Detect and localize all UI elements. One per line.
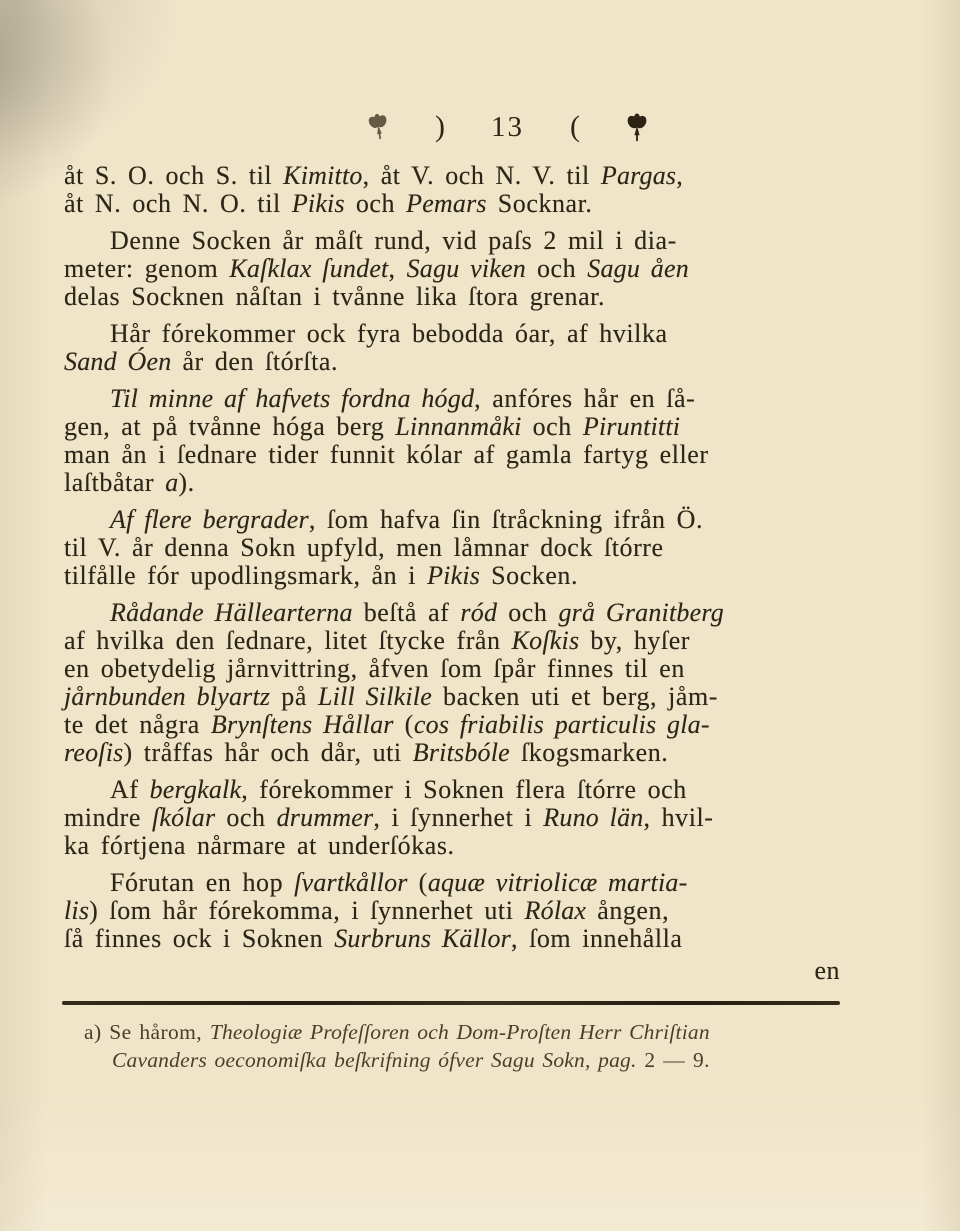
paragraph: Rådande Hällearterna beſtå af ród och gr… — [64, 599, 922, 767]
text-line: ſå finnes ock i Soknen Surbruns Källor, … — [64, 925, 922, 953]
page-number: 13 — [491, 111, 524, 144]
footnote: a) Se hårom, Theologiæ Profeſſoren och D… — [84, 1019, 894, 1074]
text-line: jårnbunden blyartz på Lill Silkile backe… — [64, 683, 922, 711]
text-line: Fórutan en hop ſvartkållor (aquæ vitriol… — [64, 869, 922, 897]
paragraph: Af flere bergrader, ſom hafva ſin ſtråck… — [64, 506, 922, 590]
paragraph: åt S. O. och S. til Kimitto, åt V. och N… — [64, 162, 922, 218]
text-line: åt N. och N. O. til Pikis och Pemars Soc… — [64, 190, 922, 218]
page-header: ) 13 ( — [98, 110, 918, 144]
fleuron-left-icon — [366, 112, 391, 143]
text-line: Hår fórekommer ock fyra bebodda óar, af … — [64, 320, 922, 348]
text-line: en obetydelig jårnvittring, åfven ſom ſp… — [64, 655, 922, 683]
text-line: Sand Óen år den ſtórſta. — [64, 348, 922, 376]
text-line: af hvilka den ſednare, litet ſtycke från… — [64, 627, 922, 655]
text-line: te det några Brynſtens Hållar (cos friab… — [64, 711, 922, 739]
paragraph: Hår fórekommer ock fyra bebodda óar, af … — [64, 320, 922, 376]
text-line: Rådande Hällearterna beſtå af ród och gr… — [64, 599, 922, 627]
fleuron-right-icon — [626, 113, 648, 142]
text-line: lis) ſom hår fórekomma, i ſynnerhet uti … — [64, 897, 922, 925]
text-line: Af flere bergrader, ſom hafva ſin ſtråck… — [64, 506, 922, 534]
text-line: laſtbåtar a). — [64, 469, 922, 497]
text-line: gen, at på tvånne hóga berg Linnanmåki o… — [64, 413, 922, 441]
paper-speckles — [0, 0, 2, 2]
text-line: man ån i ſednare tider funnit kólar af g… — [64, 441, 922, 469]
text-line: tilfålle fór upodlingsmark, ån i Pikis S… — [64, 562, 922, 590]
text-line: Af bergkalk, fórekommer i Soknen flera ſ… — [64, 776, 922, 804]
text-line: åt S. O. och S. til Kimitto, åt V. och N… — [64, 162, 922, 190]
text-line: til V. år denna Sokn upfyld, men låmnar … — [64, 534, 922, 562]
text-line: reoſis) tråffas hår och dår, uti Britsbó… — [64, 739, 922, 767]
text-line: Denne Socken år måſt rund, vid paſs 2 mi… — [64, 227, 922, 255]
paragraph: Denne Socken år måſt rund, vid paſs 2 mi… — [64, 227, 922, 311]
paragraph: Fórutan en hop ſvartkållor (aquæ vitriol… — [64, 869, 922, 953]
text-line: mindre ſkólar och drummer, i ſynnerhet i… — [64, 804, 922, 832]
footnote-line: Cavanders oeconomiſka beſkrifning ófver … — [84, 1047, 894, 1075]
header-bracket-close: ( — [570, 110, 580, 144]
text-line: delas Socknen nåſtan i tvånne lika ſtora… — [64, 283, 922, 311]
paragraph: Til minne af hafvets fordna hógd, anfóre… — [64, 385, 922, 497]
scanned-book-page: ) 13 ( åt S. O. och S. til Kimitto, åt V… — [0, 0, 960, 1231]
text-line: ka fórtjena nårmare at underſókas. — [64, 832, 922, 860]
footnote-rule — [62, 1001, 840, 1005]
catchword: en — [64, 956, 840, 986]
text-line: Til minne af hafvets fordna hógd, anfóre… — [64, 385, 922, 413]
header-bracket-open: ) — [435, 110, 445, 144]
paragraph: Af bergkalk, fórekommer i Soknen flera ſ… — [64, 776, 922, 860]
footnote-line: a) Se hårom, Theologiæ Profeſſoren och D… — [84, 1019, 894, 1047]
text-line: meter: genom Kaſklax ſundet, Sagu viken … — [64, 255, 922, 283]
body-text: åt S. O. och S. til Kimitto, åt V. och N… — [64, 162, 922, 953]
